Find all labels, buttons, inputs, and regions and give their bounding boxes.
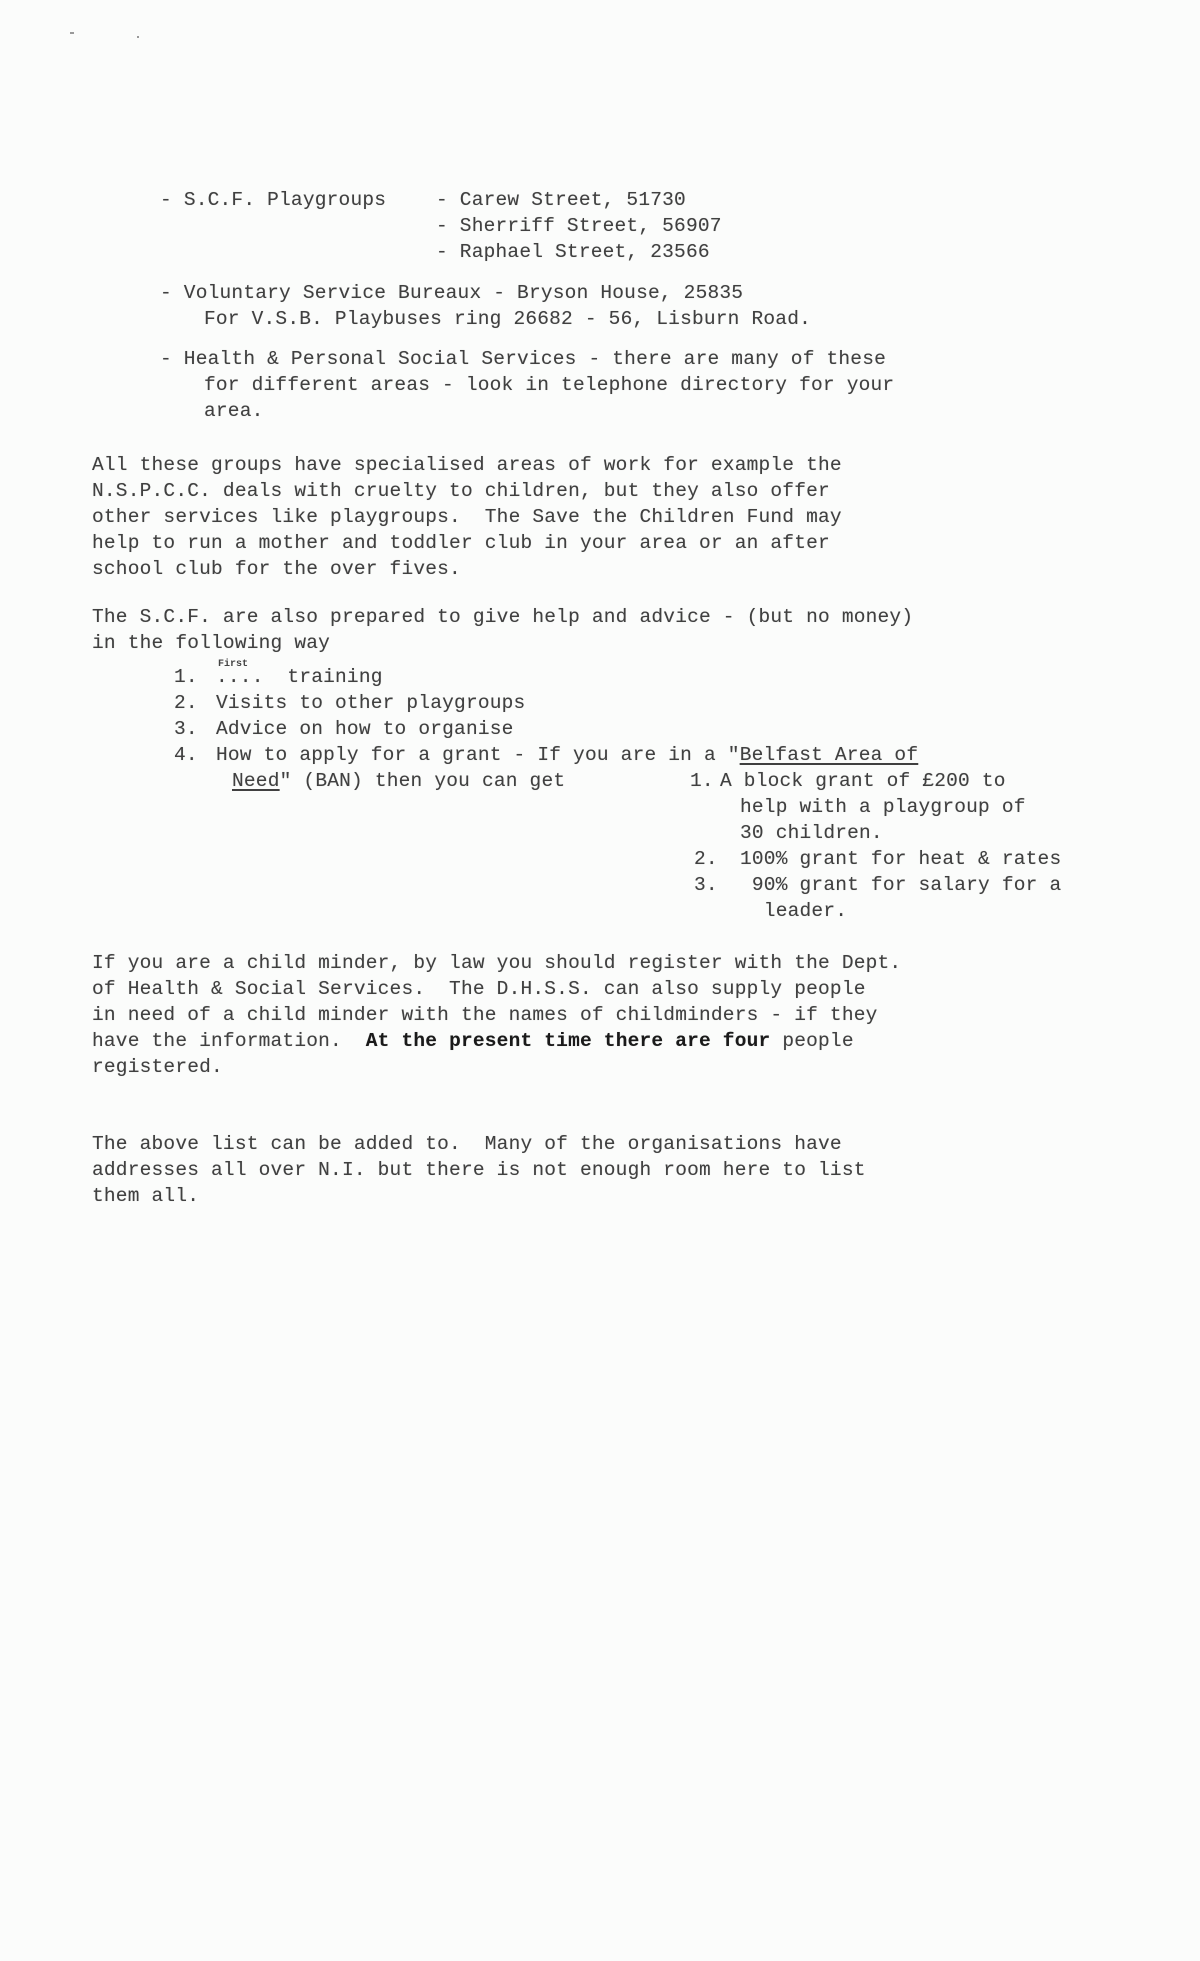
grant-number: 2.: [694, 846, 718, 872]
paragraph-line: registered.: [92, 1054, 223, 1080]
grant-text: help with a playgroup of: [740, 794, 1026, 820]
paragraph-line: of Health & Social Services. The D.H.S.S…: [92, 976, 866, 1002]
paragraph-line: in the following way: [92, 630, 330, 656]
grant-text: leader.: [740, 898, 847, 924]
scan-speck: [70, 32, 74, 34]
paragraph-line: have the information. At the present tim…: [92, 1028, 854, 1054]
scf-address-raphael: - Raphael Street, 23566: [436, 239, 710, 265]
list-item-text: Advice on how to organise: [216, 716, 514, 742]
grant-text: 30 children.: [740, 820, 883, 846]
scf-address-carew: - Carew Street, 51730: [436, 187, 686, 213]
list-item-text: training: [216, 664, 383, 690]
paragraph-line: The above list can be added to. Many of …: [92, 1131, 842, 1157]
paragraph-line: school club for the over fives.: [92, 556, 461, 582]
paragraph-line: N.S.P.C.C. deals with cruelty to childre…: [92, 478, 830, 504]
paragraph-line: The S.C.F. are also prepared to give hel…: [92, 604, 913, 630]
voluntary-playbus-line: For V.S.B. Playbuses ring 26682 - 56, Li…: [204, 306, 811, 332]
grant-number: 3.: [694, 872, 718, 898]
paragraph-line: other services like playgroups. The Save…: [92, 504, 842, 530]
paragraph-line: All these groups have specialised areas …: [92, 452, 842, 478]
grant-number: 1.: [690, 768, 714, 794]
scan-speck: [137, 36, 139, 38]
paragraph-line: them all.: [92, 1183, 199, 1209]
health-services-line-1: - Health & Personal Social Services - th…: [160, 346, 886, 372]
paragraph-line: help to run a mother and toddler club in…: [92, 530, 830, 556]
typewritten-page: - S.C.F. Playgroups - Carew Street, 5173…: [0, 0, 1200, 1961]
paragraph-line: in need of a child minder with the names…: [92, 1002, 878, 1028]
list-item-text-continued: Need" (BAN) then you can get: [232, 768, 565, 794]
health-services-line-2: for different areas - look in telephone …: [204, 372, 894, 398]
list-item-number: 3.: [174, 716, 198, 742]
grant-text: A block grant of £200 to: [720, 768, 1006, 794]
grant-text: 100% grant for heat & rates: [740, 846, 1061, 872]
list-item-number: 4.: [174, 742, 198, 768]
scf-address-sherriff: - Sherriff Street, 56907: [436, 213, 722, 239]
grant-text: 90% grant for salary for a: [740, 872, 1061, 898]
scf-playgroups-label: - S.C.F. Playgroups: [160, 187, 386, 213]
health-services-line-3: area.: [204, 398, 264, 424]
list-item-text: Visits to other playgroups: [216, 690, 525, 716]
list-item-text: How to apply for a grant - If you are in…: [216, 742, 918, 768]
need-underlined: Need: [232, 770, 280, 792]
list-item-number: 2.: [174, 690, 198, 716]
voluntary-service-line: - Voluntary Service Bureaux - Bryson Hou…: [160, 280, 743, 306]
list-item-number: 1.: [174, 664, 198, 690]
paragraph-line: If you are a child minder, by law you sh…: [92, 950, 901, 976]
paragraph-line: addresses all over N.I. but there is not…: [92, 1157, 866, 1183]
belfast-area-of-need-underlined: Belfast Area of: [740, 744, 919, 766]
